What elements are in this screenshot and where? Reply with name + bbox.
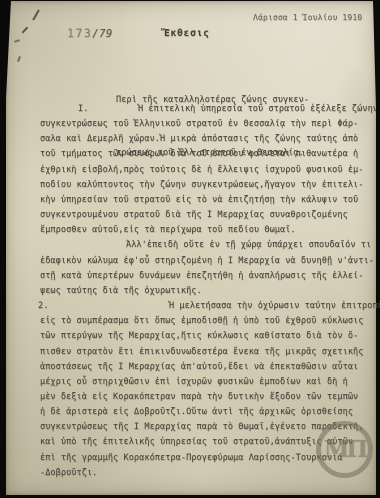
body-line-text: συγκεντρώσεως τῆς Ι Μεραρχίας παρὰ τὸ Θω… bbox=[40, 422, 363, 432]
body-line-text: συγκεντρουμένου στρατοῦ διὰ τῆς Ι Μεραρχ… bbox=[40, 210, 348, 220]
paragraph-number: 2. bbox=[38, 299, 48, 314]
body-line-text: ποδίου καλύπτοντος τὴν ζώνην συγκεντρώσε… bbox=[40, 180, 363, 190]
body-line: συγκεντρώσεως τοῦ Ἑλληνικοῦ στρατοῦ ἐν Θ… bbox=[40, 117, 376, 132]
body-line-text: ἡ δὲ ἀριστερὰ εἰς Δοβροῦτζι.Οὕτω ἀντὶ τῆ… bbox=[40, 407, 353, 417]
pencil-mark-icon bbox=[32, 9, 40, 20]
body-line-text: ψεως ταύτης διὰ τῆς ὀχυρωτικῆς. bbox=[40, 286, 202, 296]
body-line-text: συγκεντρώσεως τοῦ Ἑλληνικοῦ στρατοῦ ἐν Θ… bbox=[40, 119, 358, 129]
body-line: ἐχθρικὴ εἰσβολή,πρὸς τούτοις δὲ ἡ ἔλλειψ… bbox=[40, 163, 376, 178]
body-line-text: ἐπὶ τῆς γραμμῆς Κορακόπετρα-Προγεφύρωμα … bbox=[40, 453, 343, 463]
body-line-text: στῇ κατὰ ὑπερτέρων δυνάμεων ἐπεζητήθη ἡ … bbox=[40, 271, 363, 281]
body-line-text: ἐχθρικὴ εἰσβολή,πρὸς τούτοις δὲ ἡ ἔλλειψ… bbox=[40, 165, 363, 175]
pencil-mark-icon bbox=[17, 56, 21, 62]
body-line-text: σαλα καὶ Δεμερλῆ χώραν.Ἡ μικρὰ ἀπόστασις… bbox=[40, 134, 358, 144]
body-line: μέχρις οὗ στηριχθῶσιν ἐπὶ ἰσχυρῶν φυσικῶ… bbox=[40, 375, 376, 390]
register-number: 173/79 bbox=[67, 26, 113, 40]
body-line-text: μὲν δεξιὰ εἰς Κορακόπετραν παρὰ τὴν δυτι… bbox=[40, 392, 358, 402]
body-line: εἰς τὸ συμπέρασμα ὅτι ὅπως ἐμποδισθῇ ἡ ὑ… bbox=[40, 314, 376, 329]
body-line: ἀποστάσεως τῆς Ι Μεραρχίας ἀπ'αὐτοῦ,ἔδει… bbox=[40, 360, 376, 375]
paragraph-number: Ι. bbox=[78, 102, 88, 117]
body-line: 2.Ἡ μελετήσασα τὴν ὀχύρωσιν ταύτην ἐπιτρ… bbox=[40, 299, 376, 314]
body-line-text: εἰς τὸ συμπέρασμα ὅτι ὅπως ἐμποδισθῇ ἡ ὑ… bbox=[40, 316, 363, 326]
body-line: Ι.Ἡ ἐπιτελικὴ ὑπηρεσία τοῦ στρατοῦ ἐξέλε… bbox=[40, 102, 376, 117]
body-line-text: Ἡ μελετήσασα τὴν ὀχύρωσιν ταύτην ἐπιτροπ… bbox=[169, 301, 380, 311]
scanned-document: { "document": { "date": "Λάρισσα 1 Ἰουλί… bbox=[0, 0, 380, 498]
body-line: ψεως ταύτης διὰ τῆς ὀχυρωτικῆς. bbox=[40, 284, 376, 299]
body-line: ἔμπροσθεν αὐτοῦ,εἰς τὰ περίχωρα τοῦ πεδί… bbox=[40, 223, 376, 238]
paper-sheet: Λάρισσα 1 Ἰουλίου 1910 173/79 Ἔκθεσις Πε… bbox=[6, 1, 376, 495]
register-number-suffix: /79 bbox=[92, 28, 112, 40]
register-number-main: 173 bbox=[67, 26, 92, 40]
body-line: πισθεν στρατὸν ἔτι ἐπικινδυνωδεστέρα ἕνε… bbox=[40, 345, 376, 360]
document-title: Ἔκθεσις bbox=[164, 28, 210, 39]
body-line-text: κὴν ὑπηρεσίαν τοῦ στρατοῦ εἰς τὸ νὰ ἐπιζ… bbox=[40, 195, 358, 205]
body-line-text: πισθεν στρατὸν ἔτι ἐπικινδυνωδεστέρα ἕνε… bbox=[40, 347, 363, 357]
archive-stamp-icon: ΜΠ bbox=[316, 421, 373, 478]
pencil-mark-icon bbox=[14, 39, 20, 43]
body-line-text: τῶν πτερύγων τῆς Μεραρχίας,ἥτις κύκλωσις… bbox=[40, 331, 358, 341]
body-line: στῇ κατὰ ὑπερτέρων δυνάμεων ἐπεζητήθη ἡ … bbox=[40, 269, 376, 284]
body-line-text: ἀποστάσεως τῆς Ι Μεραρχίας ἀπ'αὐτοῦ,ἔδει… bbox=[40, 362, 358, 372]
body-line-text: Ἀλλ'ἐπειδὴ οὔτε ἐν τῇ χώρᾳ ὑπάρχει σπουδ… bbox=[126, 240, 371, 250]
body-line-text: ἐδαφικὸν κώλυμα ἐφ'οὗ στηριζομένη ἡ Ι Με… bbox=[40, 256, 374, 266]
body-line: κὴν ὑπηρεσίαν τοῦ στρατοῦ εἰς τὸ νὰ ἐπιζ… bbox=[40, 193, 376, 208]
body-line-text: -Δοβροῦτζι. bbox=[40, 468, 97, 478]
body-line-text: μέχρις οὗ στηριχθῶσιν ἐπὶ ἰσχυρῶν φυσικῶ… bbox=[40, 377, 348, 387]
body-line: συγκεντρουμένου στρατοῦ διὰ τῆς Ι Μεραρχ… bbox=[40, 208, 376, 223]
body-line-text: ἔμπροσθεν αὐτοῦ,εἰς τὰ περίχωρα τοῦ πεδί… bbox=[40, 225, 296, 235]
body-line: ἐδαφικὸν κώλυμα ἐφ'οὗ στηριζομένη ἡ Ι Με… bbox=[40, 254, 376, 269]
body-line-text: καὶ ὑπὸ τῆς ἐπιτελικῆς ὑπηρεσίας τοῦ στρ… bbox=[40, 437, 353, 447]
body-line: ἡ δὲ ἀριστερὰ εἰς Δοβροῦτζι.Οὕτω ἀντὶ τῆ… bbox=[40, 405, 376, 420]
body-line-text: Ἡ ἐπιτελικὴ ὑπηρεσία τοῦ στρατοῦ ἐξέλεξε… bbox=[138, 104, 378, 114]
body-line: σαλα καὶ Δεμερλῆ χώραν.Ἡ μικρὰ ἀπόστασις… bbox=[40, 132, 376, 147]
body-line: ποδίου καλύπτοντος τὴν ζώνην συγκεντρώσε… bbox=[40, 178, 376, 193]
body-line: μὲν δεξιὰ εἰς Κορακόπετραν παρὰ τὴν δυτι… bbox=[40, 390, 376, 405]
stamp-monogram: ΜΠ bbox=[316, 421, 373, 478]
pencil-mark-icon bbox=[22, 26, 29, 33]
document-date: Λάρισσα 1 Ἰουλίου 1910 bbox=[253, 13, 362, 22]
body-line: τῶν πτερύγων τῆς Μεραρχίας,ἥτις κύκλωσις… bbox=[40, 329, 376, 344]
body-line: Ἀλλ'ἐπειδὴ οὔτε ἐν τῇ χώρᾳ ὑπάρχει σπουδ… bbox=[40, 238, 376, 253]
body-line-text: τοῦ τμήματος τῶν συνόρων διὰ τοῦ ὁποίου … bbox=[40, 149, 358, 159]
body-line: τοῦ τμήματος τῶν συνόρων διὰ τοῦ ὁποίου … bbox=[40, 147, 376, 162]
